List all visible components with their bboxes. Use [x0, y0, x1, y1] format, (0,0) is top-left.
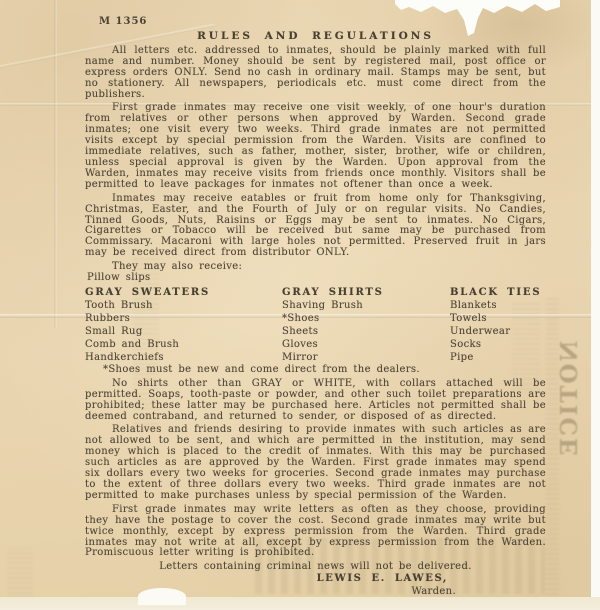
- allowed-items-table: GRAY SWEATERS Tooth Brush Rubbers Small …: [85, 286, 546, 364]
- paragraph-visit-rules: First grade inmates may receive one visi…: [85, 103, 546, 190]
- column-header: GRAY SHIRTS: [282, 286, 450, 299]
- list-item: Comb and Brush: [85, 338, 282, 351]
- paragraph-clothing-rules: No shirts other than GRAY or WHITE, with…: [85, 379, 546, 423]
- shoes-footnote: *Shoes must be new and come direct from …: [85, 365, 546, 376]
- paper-sheet: NOTICE M 1356 RULES AND REGULATIONS All …: [0, 0, 591, 598]
- list-item: Handkerchiefs: [85, 351, 282, 364]
- receive-item-pillow-slips: Pillow slips: [87, 273, 546, 284]
- column-black-ties: BLACK TIES Blankets Towels Underwear Soc…: [450, 286, 546, 364]
- bleed-through-ghost-bottom-left: [8, 548, 32, 604]
- paragraph-letter-rules: First grade inmates may write letters as…: [85, 505, 546, 560]
- column-gray-shirts: GRAY SHIRTS Shaving Brush *Shoes Sheets …: [282, 286, 450, 364]
- paragraph-food-rules: Inmates may receive eatables or fruit fr…: [85, 194, 546, 259]
- receive-intro-line: They may also receive:: [85, 262, 546, 273]
- list-item: Sheets: [282, 325, 450, 338]
- list-item: Rubbers: [85, 312, 282, 325]
- torn-notch-bottom: [138, 588, 186, 605]
- bleed-through-notice-text: NOTICE: [557, 340, 583, 458]
- list-item: Gloves: [282, 338, 450, 351]
- closing-line: Letters containing criminal news will no…: [85, 562, 546, 573]
- list-item: Mirror: [282, 351, 450, 364]
- document-body: RULES AND REGULATIONS All letters etc. a…: [85, 31, 546, 598]
- list-item: Underwear: [450, 325, 546, 338]
- signature-name: LEWIS E. LAWES,: [85, 574, 448, 585]
- scan-margin-bottom: [0, 597, 600, 610]
- scanned-document-page: { "doc": { "doc_number": "M 1356", "titl…: [0, 0, 600, 610]
- list-item: Small Rug: [85, 325, 282, 338]
- paragraph-mail-rules: All letters etc. addressed to inmates, s…: [85, 46, 546, 101]
- paragraph-money-rules: Relatives and friends desiring to provid…: [85, 425, 546, 501]
- list-item: Tooth Brush: [85, 299, 282, 312]
- list-item: Towels: [450, 312, 546, 325]
- list-item: Pipe: [450, 351, 546, 364]
- list-item: *Shoes: [282, 312, 450, 325]
- list-item: Socks: [450, 338, 546, 351]
- list-item: Blankets: [450, 299, 546, 312]
- crease-line: [54, 0, 57, 328]
- column-header: BLACK TIES: [450, 286, 546, 299]
- column-gray-sweaters: GRAY SWEATERS Tooth Brush Rubbers Small …: [85, 286, 282, 364]
- page-title: RULES AND REGULATIONS: [85, 31, 546, 42]
- column-header: GRAY SWEATERS: [85, 286, 282, 299]
- scan-margin-right: [591, 0, 600, 610]
- document-number: M 1356: [99, 16, 147, 27]
- list-item: Shaving Brush: [282, 299, 450, 312]
